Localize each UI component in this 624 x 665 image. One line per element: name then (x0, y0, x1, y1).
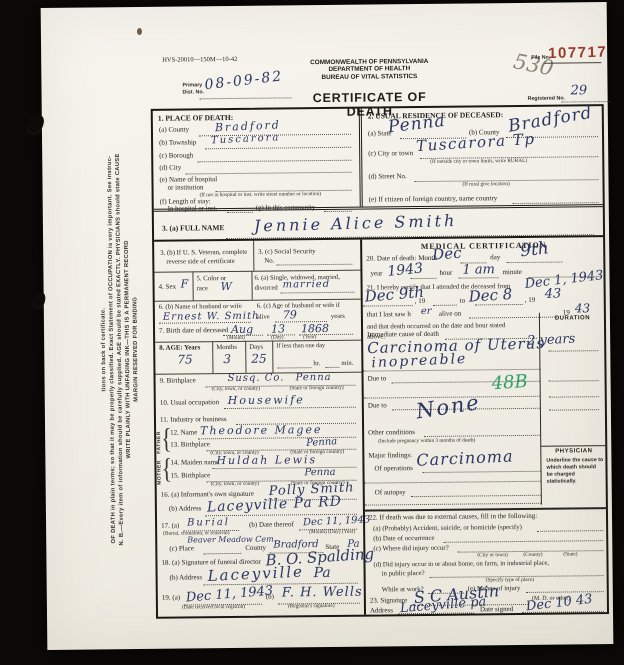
full-name-value: Jennie Alice Smith (254, 213, 458, 235)
file-no-value: 107717 (548, 44, 608, 63)
blank-line (475, 303, 523, 306)
occupation-label: 10. Usual occupation (160, 399, 219, 407)
blank-line (200, 96, 292, 99)
due-to-label-1: Due to (368, 375, 387, 383)
death-hour-label: hour (439, 270, 452, 278)
blank-line (325, 366, 339, 368)
occupation-value: Housewife (228, 394, 305, 406)
age-days-label: Days (249, 344, 263, 352)
death-year-label: year (370, 270, 382, 278)
color-race-label-2: race (197, 285, 208, 293)
cause-value-line2: inopreable (371, 352, 467, 370)
field-note: (If outside city or town limits, write R… (430, 159, 527, 166)
registrar-a-label: 19. (a) (162, 595, 180, 603)
blank-line (277, 366, 311, 368)
spouse-age-value: 79 (283, 309, 297, 320)
color-race-value: W (221, 281, 232, 292)
spouse-age-label-1: 6. (c) Age of husband or wife if (257, 302, 340, 310)
mother-birthplace-value: Penna (304, 468, 335, 478)
external-b-label: (b) Date of occurrence (373, 535, 434, 543)
full-name-label: 3. (a) FULL NAME (162, 224, 225, 233)
spouse-age-unit: years (331, 313, 345, 320)
registered-no-label: Registered No. (528, 96, 565, 102)
hospital-label-2: or institution (168, 184, 204, 192)
age-months-value: 3 (223, 353, 231, 365)
year19-label: , 19 (415, 298, 426, 306)
ssn-label-1: 3. (c) Social Security (258, 248, 315, 256)
blank-line (562, 100, 610, 103)
director-addr-label: (b) Address (170, 574, 203, 582)
external-c-label: (c) Where did injury occur? (373, 545, 448, 553)
age-less-label: If less than one day (276, 343, 325, 350)
mother-birthplace-label: 15. Birthplace (171, 472, 211, 480)
birthplace-label: 9. Birthplace (160, 377, 196, 385)
attended-to-year: 43 (545, 288, 562, 301)
marital-label-2: divorced (255, 285, 278, 292)
death-hour-value: 1 am (462, 263, 495, 276)
father-name-label: 12. Name (170, 429, 197, 437)
blank-line (433, 304, 457, 306)
duration-blank-line (549, 395, 599, 398)
ssn-label-2: No. (264, 258, 274, 266)
full-name-row: 3. (a) FULL NAME Jennie Alice Smith (154, 204, 603, 242)
blank-line (411, 494, 541, 497)
cell-divider (192, 271, 193, 300)
physician-addr-label: Address (370, 607, 393, 615)
to-label: to (460, 298, 466, 306)
spouse-name-label: 6. (b) Name of husband or wife (159, 303, 242, 311)
blank-line (458, 276, 498, 278)
veteran-label-1: 3. (b) If U. S. Veteran, complete (160, 249, 247, 257)
medical-certification-heading: MEDICAL CERTIFICATION (362, 240, 605, 252)
burial-county-label: County (245, 545, 266, 553)
township-value: Tuscarora (211, 133, 281, 146)
physician-note-box: PHYSICIAN Underline the cause to which d… (540, 446, 608, 505)
age-hr-label: hr. (313, 360, 320, 367)
field-note: (City, town, or county) (212, 387, 260, 393)
field-note: (Month) (Day) (Year) (309, 530, 355, 536)
age-label: 8. AGE: Years (159, 344, 200, 352)
death-day-label: day (490, 254, 500, 262)
row-divider (154, 270, 360, 273)
informant-addr-label: (b) Address (169, 505, 202, 513)
cell-divider (251, 271, 252, 300)
blank-line (185, 171, 351, 175)
operations-label: Of operations (374, 465, 412, 473)
field-note: (County) (523, 553, 542, 559)
field-note: (State or foreign country) (290, 386, 344, 392)
city-town-value: Tuscarora Tp (416, 132, 536, 154)
burial-a-value: Burial (187, 518, 230, 528)
death-month-value: Dec (432, 246, 462, 263)
field-note: (City, town, or county) (211, 482, 259, 488)
township-label: (b) Township (159, 139, 196, 147)
photo-background: tions on back of certificate. OF DEATH i… (0, 0, 624, 665)
external-d-label-2: in public place? (382, 570, 425, 578)
due-to-label-2: Due to (368, 402, 387, 410)
autopsy-label: Of autopsy (375, 489, 406, 497)
operations-value: Carcinoma (416, 448, 514, 468)
primary-dist-value: 08-09-82 (204, 69, 284, 92)
certificate-paper: tions on back of certificate. OF DEATH i… (41, 2, 614, 650)
city-town-label: (c) City or town (368, 150, 413, 158)
street-label: (d) Street No. (368, 173, 406, 181)
age-days-value: 25 (251, 353, 266, 365)
registrar-date-value: Dec 11, 1943 (185, 585, 273, 605)
right-column: MEDICAL CERTIFICATION 20. Date of death:… (360, 237, 607, 615)
date-signed-label: Date signed (480, 606, 513, 614)
section-divider (365, 507, 608, 512)
registrar-sig-value: F. H. Wells (282, 586, 363, 600)
blank-line (276, 263, 352, 266)
blank-line (526, 590, 604, 593)
blank-line (424, 434, 540, 437)
blank-line (197, 159, 351, 163)
birthplace-value: Susq. Co. (227, 373, 284, 384)
duration-header: DURATION (540, 315, 605, 322)
form-number: HVS-20010—150M—10-42 (162, 56, 237, 64)
physician-note: Underline the cause to which death shoul… (546, 457, 603, 486)
burial-place-label: (c) Place (169, 545, 194, 553)
father-birthplace-label: 13. Birthplace (170, 441, 210, 449)
director-addr-value: Laceyville (207, 565, 304, 584)
duration-blank-line (549, 408, 599, 411)
veteran-label-2: reverse side of certificate (166, 258, 235, 266)
field-note: (Registrar's signature) (288, 604, 335, 610)
sex-value: F (180, 278, 188, 289)
field-note: (State) (563, 552, 577, 558)
field-note: (City or town) (477, 553, 507, 559)
death-day-value: 9th (519, 240, 549, 260)
blank-line (203, 552, 241, 554)
attended-to-value: Dec 8 (468, 287, 512, 305)
attended-from-value: Dec 1, 1943 (524, 269, 604, 291)
father-name-value: Theodore Magee (200, 424, 322, 436)
director-addr-state: Pa (314, 566, 331, 580)
external-d-label-1: (d) Did injury occur in or about home, o… (373, 560, 549, 569)
blank-line (410, 277, 436, 279)
certificate-form: 1. PLACE OF DEATH: (a) County Bradford (… (151, 104, 609, 619)
blank-line (544, 62, 601, 64)
blank-line (443, 539, 603, 543)
left-column: 3. (b) If U. S. Veteran, complete revers… (154, 240, 364, 617)
cell-divider (253, 241, 254, 271)
agency-line-3: BUREAU OF VITAL STATISTICS (294, 73, 444, 82)
external-a-label: (a) (Probably) Accident, suicide, or hom… (373, 524, 522, 533)
blank-line (363, 304, 413, 307)
death-minute-label: minute (502, 269, 522, 277)
field-note: (Date received local registrar) (182, 605, 245, 611)
blank-line (522, 610, 604, 613)
year19-label: , 19 (525, 297, 536, 305)
state-value: Penna (387, 113, 446, 137)
age-months-label: Months (216, 344, 237, 352)
registered-no-value: 29 (570, 84, 587, 97)
last-saw-her: er (421, 307, 432, 317)
marital-value: married (283, 280, 331, 290)
borough-label: (c) Borough (159, 152, 193, 160)
registrar-b-label: (b) (266, 594, 274, 602)
section-usual-residence: 2. USUAL RESIDENCE OF DECEASED: (a) Stat… (359, 106, 603, 207)
row-divider (155, 340, 361, 343)
mother-name-label: 14. Maiden name (170, 459, 219, 467)
blank-line (205, 146, 351, 150)
county-value: Bradford (215, 119, 281, 133)
blank-line (537, 529, 603, 532)
cell-divider (212, 341, 213, 373)
cell-divider (245, 341, 246, 373)
blank-line (365, 480, 541, 484)
birthdate-label: 7. Birth date of deceased (159, 327, 228, 335)
birthplace-state-value: Penna (295, 373, 331, 383)
field-note: (Include pregnancy within 3 months of de… (378, 438, 475, 445)
major-findings-label: Major findings: (368, 452, 412, 460)
external-causes-heading: 22. If death was due to external causes,… (369, 513, 537, 522)
cell-divider (272, 341, 273, 373)
blank-line (506, 261, 562, 264)
county-label: (a) County (159, 126, 189, 134)
mother-name-value: Huldah Lewis (216, 454, 317, 466)
blank-line (224, 406, 356, 409)
burial-a-label: 17. (a) (161, 523, 179, 531)
blank-line (398, 611, 474, 614)
duration-blank-line (548, 349, 598, 352)
blank-line (423, 470, 541, 473)
cause-duration-value: 2 years (527, 333, 576, 348)
blank-line (281, 291, 355, 294)
burial-date-value: Dec 11, 1943 (303, 515, 371, 528)
last-saw-label-2: alive on (439, 311, 461, 319)
age-years-value: 75 (177, 353, 192, 365)
margin-instructions: tions on back of certificate. OF DEATH i… (97, 59, 144, 639)
paper-speck (137, 28, 142, 35)
physician-label: PHYSICIAN (541, 448, 606, 455)
burial-date-label: (b) Date thereof (249, 521, 294, 529)
age-min-label: min. (341, 360, 353, 367)
city-label: (d) City (159, 165, 181, 173)
blank-line (365, 502, 541, 506)
field-note: (If not in hospital or inst. write stree… (200, 192, 321, 199)
foreign-country-label: (e) If citizen of foreign country, name … (369, 195, 498, 204)
primary-dist-label-2: Dist. No. (183, 90, 205, 96)
spouse-age-label-2: alive (257, 314, 270, 321)
statistical-code-value: 48B (491, 373, 528, 393)
duration-blank-line (549, 379, 599, 382)
last-saw-label-1: that I last saw h (367, 311, 411, 319)
field-note: (If rural give location) (463, 182, 510, 188)
section-place-of-death: 1. PLACE OF DEATH: (a) County Bradford (… (153, 109, 360, 209)
sex-label: 4. Sex (159, 284, 177, 292)
other-conditions-label: Other conditions (368, 429, 415, 437)
